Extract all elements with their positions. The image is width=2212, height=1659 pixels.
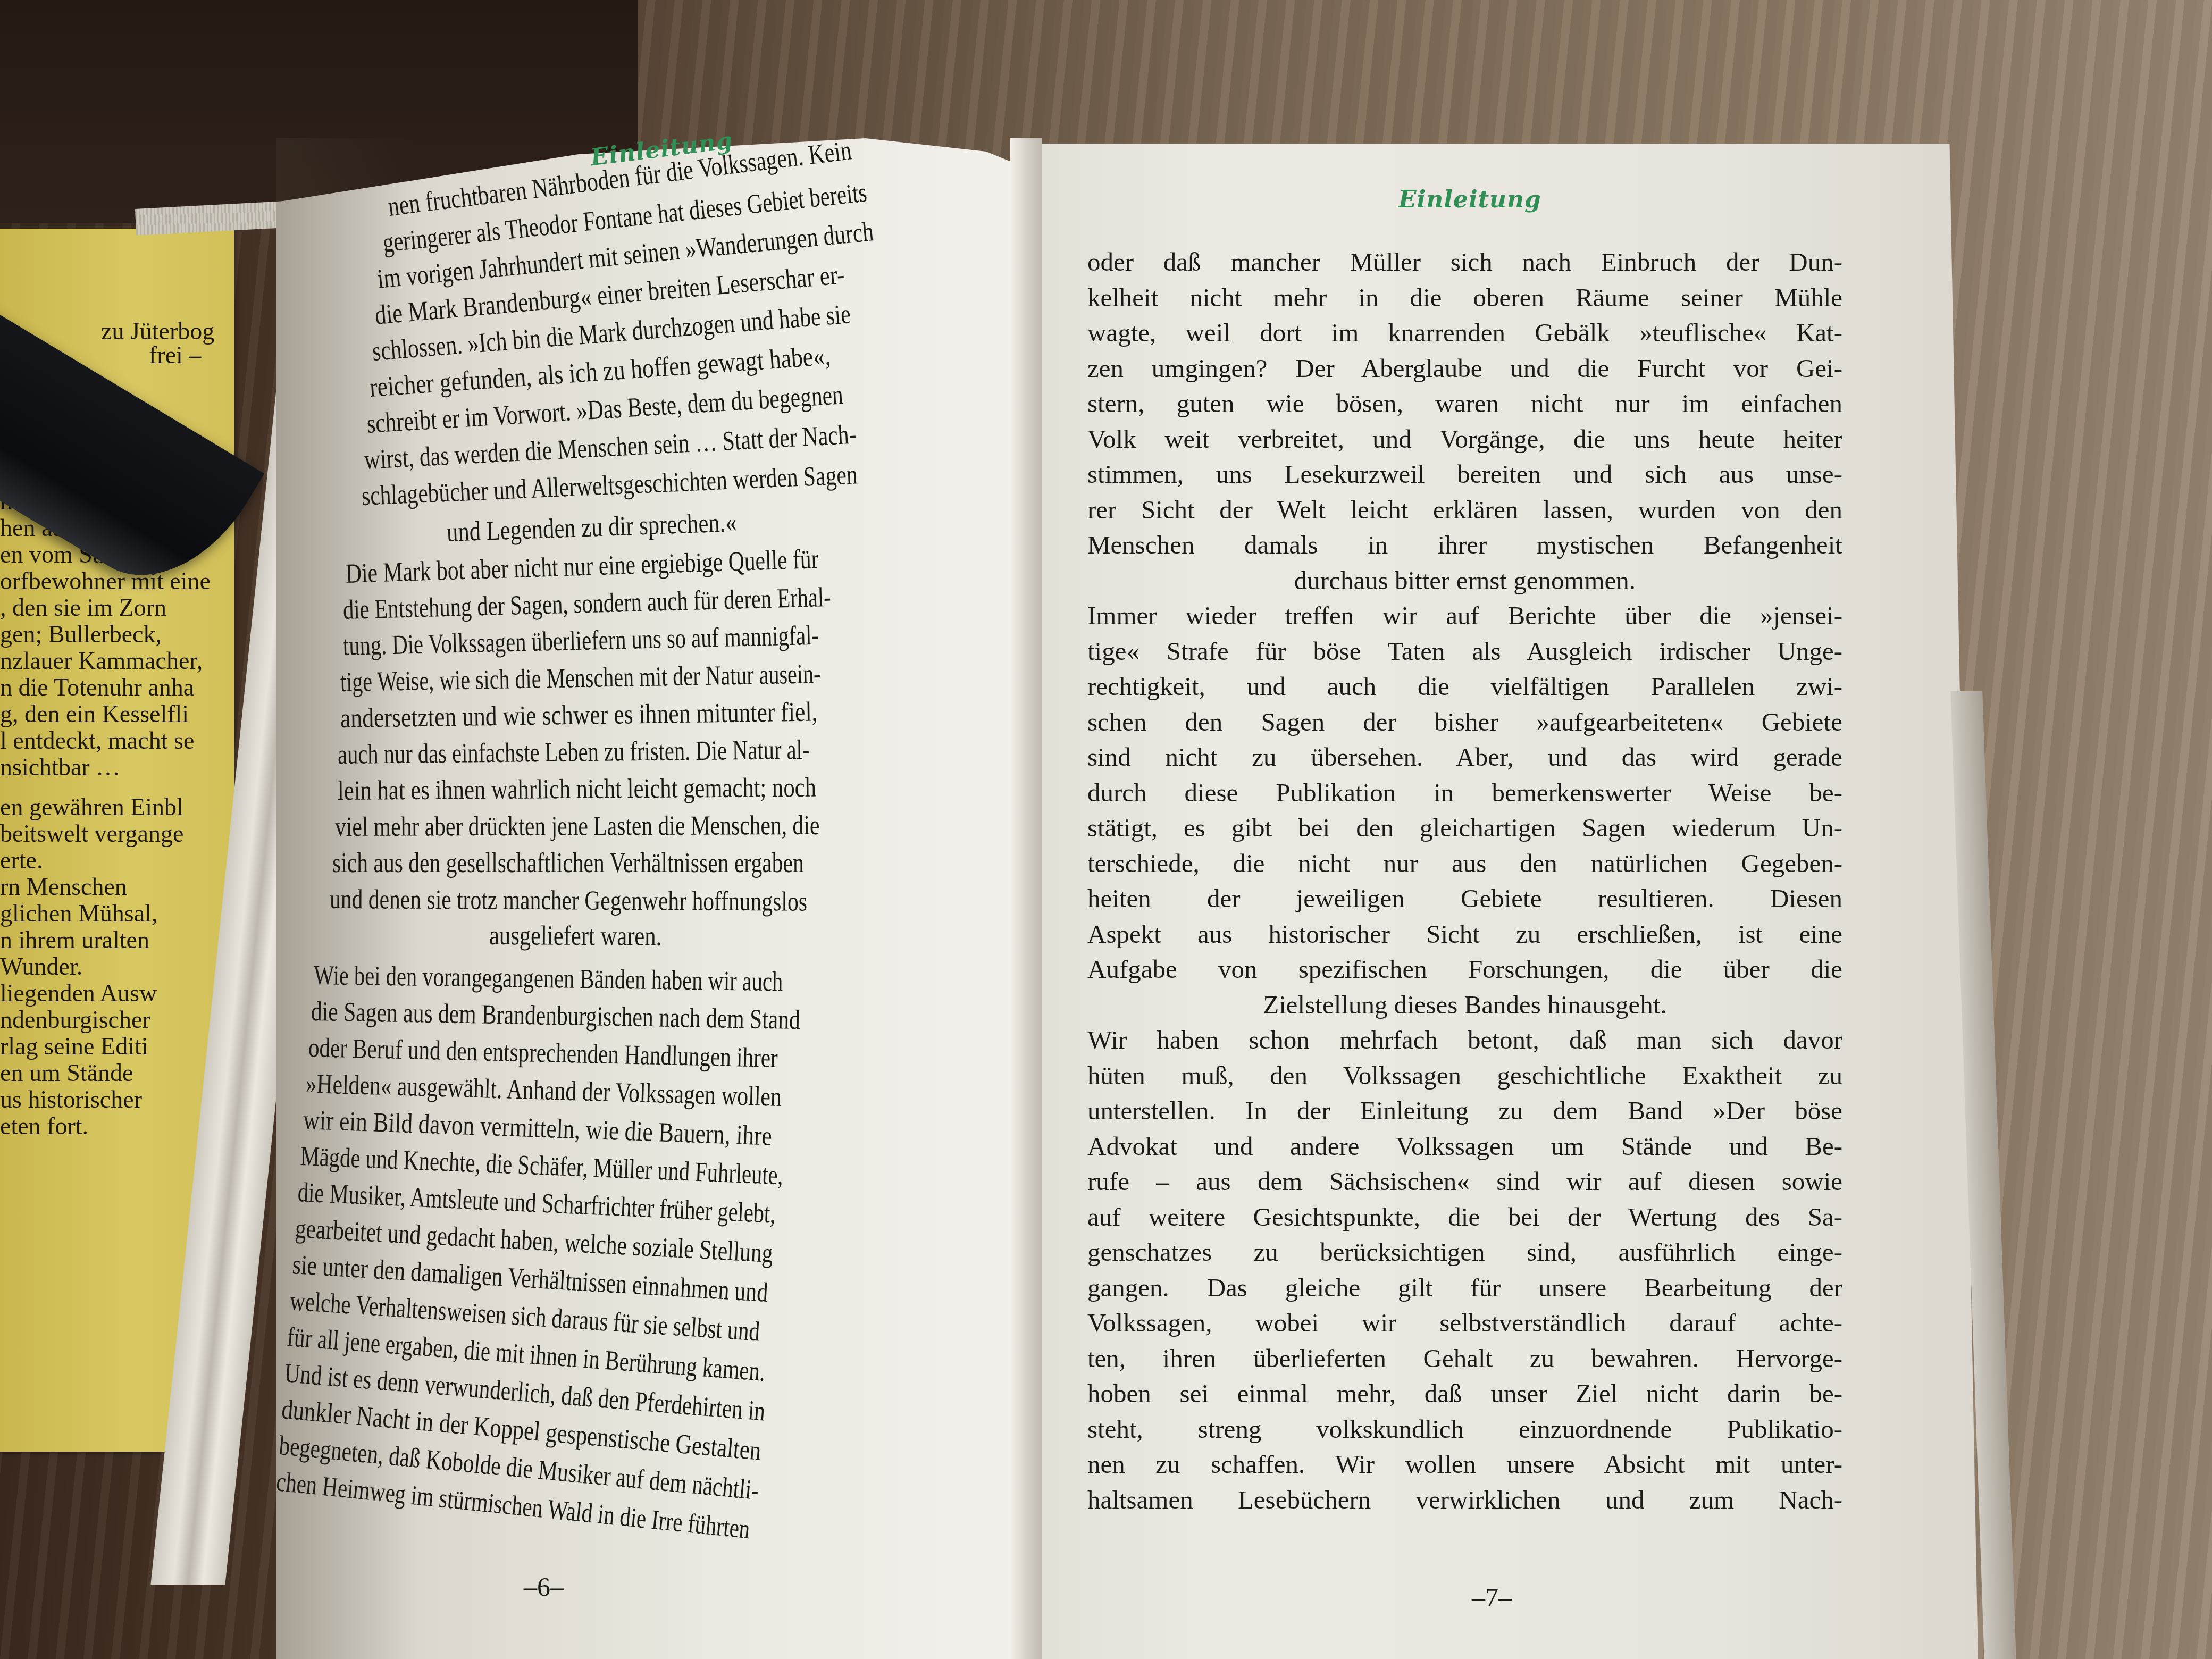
- text-line: heiten der jeweiligen Gebiete resultiere…: [1087, 881, 1842, 917]
- text-line: Volkssagen, wobei wir selbstverständlich…: [1087, 1305, 1842, 1341]
- yellow-line: en um Stände: [0, 1061, 133, 1085]
- text-line: sich aus den gesellschaftlichen Verhältn…: [332, 848, 804, 879]
- text-line: sind nicht zu übersehen. Aber, und das w…: [1087, 740, 1842, 775]
- yellow-line: rn Menschen: [0, 875, 127, 899]
- right-page-text: oder daß mancher Müller sich nach Einbru…: [1087, 245, 1842, 1518]
- page-number-left: –6–: [524, 1571, 564, 1602]
- text-line: rufe – aus dem Sächsischen« sind wir auf…: [1087, 1164, 1842, 1200]
- text-line: Aufgabe von spezifischen Forschungen, di…: [1087, 952, 1842, 987]
- text-line: schen den Sagen der bisher »aufgearbeite…: [1087, 705, 1842, 740]
- text-line: hüten muß, den Volkssagen geschichtliche…: [1087, 1058, 1842, 1094]
- text-line: zen umgingen? Der Aberglaube und die Fur…: [1087, 351, 1842, 387]
- text-line: genschatzes zu berücksichtigen sind, aus…: [1087, 1235, 1842, 1270]
- yellow-line: l entdeckt, macht se: [0, 728, 194, 753]
- text-line: hoben sei einmal mehr, daß unser Ziel ni…: [1087, 1376, 1842, 1412]
- text-line: nen zu schaffen. Wir wollen unsere Absic…: [1087, 1447, 1842, 1482]
- yellow-line: nzlauer Kammacher,: [0, 649, 203, 673]
- text-line: stimmen, uns Lesekurzweil bereiten und s…: [1087, 457, 1842, 492]
- yellow-line: glichen Mühsal,: [0, 901, 157, 926]
- text-line: haltsamen Lesebüchern verwirklichen und …: [1087, 1482, 1842, 1518]
- text-line: rechtigkeit, und auch die vielfältigen P…: [1087, 669, 1842, 705]
- text-line: durch diese Publikation in bemerkenswert…: [1087, 775, 1842, 811]
- text-line: oder daß mancher Müller sich nach Einbru…: [1087, 245, 1842, 280]
- text-line: Zielstellung dieses Bandes hinausgeht.: [1087, 987, 1842, 1023]
- yellow-line: erte.: [0, 848, 43, 873]
- text-line: andersetzten und wie schwer es ihnen mit…: [340, 696, 818, 734]
- yellow-line: ndenburgischer: [0, 1008, 150, 1032]
- text-line: Wie bei den vorangegangenen Bänden haben…: [314, 960, 783, 998]
- text-line: ten, ihren überlieferten Gehalt zu bewah…: [1087, 1341, 1842, 1377]
- yellow-line: en gewähren Einbl: [0, 795, 183, 819]
- text-line: auch nur das einfachste Leben zu fristen…: [338, 734, 810, 770]
- text-line: Menschen damals in ihrer mystischen Befa…: [1087, 527, 1842, 563]
- yellow-line: , den sie im Zorn: [0, 596, 166, 620]
- text-line: durchaus bitter ernst genommen.: [1087, 563, 1842, 599]
- yellow-line: orfbewohner mit eine: [0, 569, 211, 593]
- text-line: wagte, weil dort im knarrenden Gebälk »t…: [1087, 315, 1842, 351]
- text-line: rer Sicht der Welt leicht erklären lasse…: [1087, 492, 1842, 528]
- text-line: und denen sie trotz mancher Gegenwehr ho…: [330, 884, 807, 918]
- text-line: lein hat es ihnen wahrlich nicht leicht …: [338, 772, 816, 807]
- text-line: auf weitere Gesichtspunkte, die bei der …: [1087, 1200, 1842, 1235]
- yellow-line: beitswelt vergange: [0, 822, 183, 846]
- yellow-line: zu Jüterbog: [101, 319, 214, 343]
- text-line: gangen. Das gleiche gilt für unsere Bear…: [1087, 1270, 1842, 1306]
- running-head-right: Einleitung: [1398, 186, 1541, 213]
- yellow-line: frei –: [149, 343, 201, 367]
- yellow-line: n die Totenuhr anha: [0, 675, 194, 700]
- text-line: terschiede, die nicht nur aus den natürl…: [1087, 846, 1842, 882]
- text-line: Advokat und andere Volkssagen um Stände …: [1087, 1129, 1842, 1164]
- text-line: stätigt, es gibt bei den gleichartigen S…: [1087, 810, 1842, 846]
- yellow-line: eten fort.: [0, 1114, 88, 1138]
- yellow-line: nsichtbar …: [0, 755, 120, 780]
- text-line: unterstellen. In der Einleitung zu dem B…: [1087, 1093, 1842, 1129]
- yellow-line: Wunder.: [0, 954, 82, 979]
- text-line: ausgeliefert waren.: [489, 920, 662, 952]
- text-line: Immer wieder treffen wir auf Berichte üb…: [1087, 598, 1842, 634]
- yellow-line: us historischer: [0, 1087, 142, 1112]
- text-line: tige« Strafe für böse Taten als Ausgleic…: [1087, 634, 1842, 669]
- text-line: stern, guten wie bösen, waren nicht nur …: [1087, 386, 1842, 422]
- yellow-line: n ihrem uralten: [0, 928, 149, 952]
- page-number-right: –7–: [1472, 1582, 1512, 1613]
- text-line: Wir haben schon mehrfach betont, daß man…: [1087, 1023, 1842, 1058]
- yellow-line: liegenden Ausw: [0, 981, 157, 1006]
- text-line: viel mehr aber drückten jene Lasten die …: [335, 810, 820, 843]
- yellow-line: rlag seine Editi: [0, 1034, 148, 1059]
- book-gutter: [1010, 138, 1042, 1659]
- text-line: Aspekt aus historischer Sicht zu erschli…: [1087, 917, 1842, 952]
- yellow-line: g, den ein Kesselfli: [0, 702, 189, 726]
- text-line: steht, streng volkskundlich einzuordnend…: [1087, 1412, 1842, 1447]
- text-line: Volk weit verbreitet, und Vorgänge, die …: [1087, 422, 1842, 457]
- text-line: kelheit nicht mehr in die oberen Räume s…: [1087, 280, 1842, 316]
- yellow-line: gen; Bullerbeck,: [0, 622, 162, 647]
